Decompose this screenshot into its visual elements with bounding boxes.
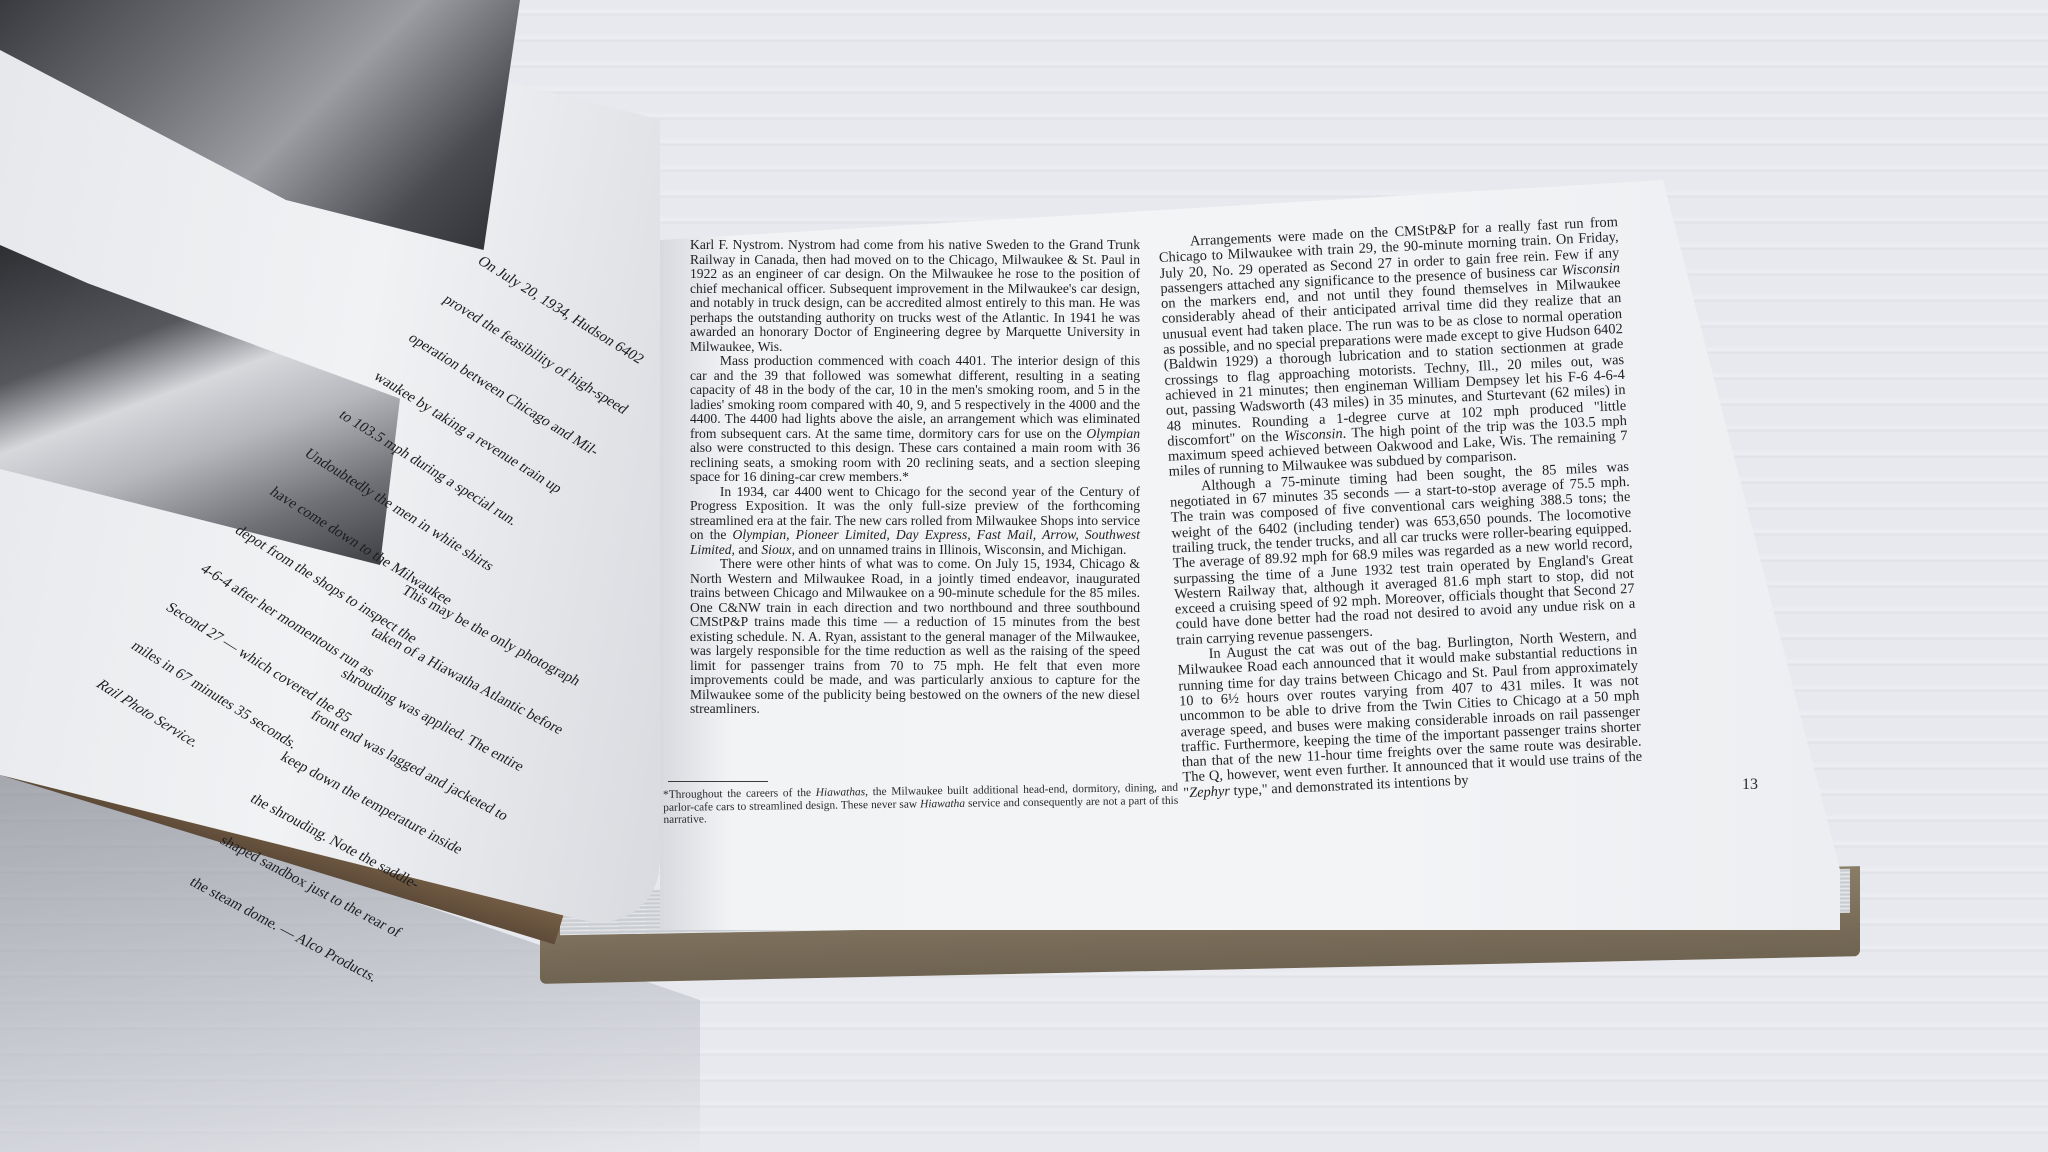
paragraph: Mass production commenced with coach 440… — [690, 354, 1140, 485]
footnote-divider — [668, 781, 768, 782]
paragraph: Although a 75-minute timing had been sou… — [1169, 460, 1636, 649]
paragraph: Karl F. Nystrom. Nystrom had come from h… — [690, 238, 1140, 354]
footnote: *Throughout the careers of the Hiawathas… — [663, 782, 1178, 827]
page-number: 13 — [1742, 776, 1758, 794]
paragraph: In 1934, car 4400 went to Chicago for th… — [690, 485, 1140, 558]
paragraph: There were other hints of what was to co… — [690, 557, 1140, 717]
paragraph: Arrangements were made on the CMStP&P fo… — [1158, 215, 1629, 480]
paragraph: In August the cat was out of the bag. Bu… — [1177, 628, 1643, 802]
text-column-left: Karl F. Nystrom. Nystrom had come from h… — [690, 238, 1140, 717]
text-column-right: Arrangements were made on the CMStP&P fo… — [1158, 215, 1643, 801]
